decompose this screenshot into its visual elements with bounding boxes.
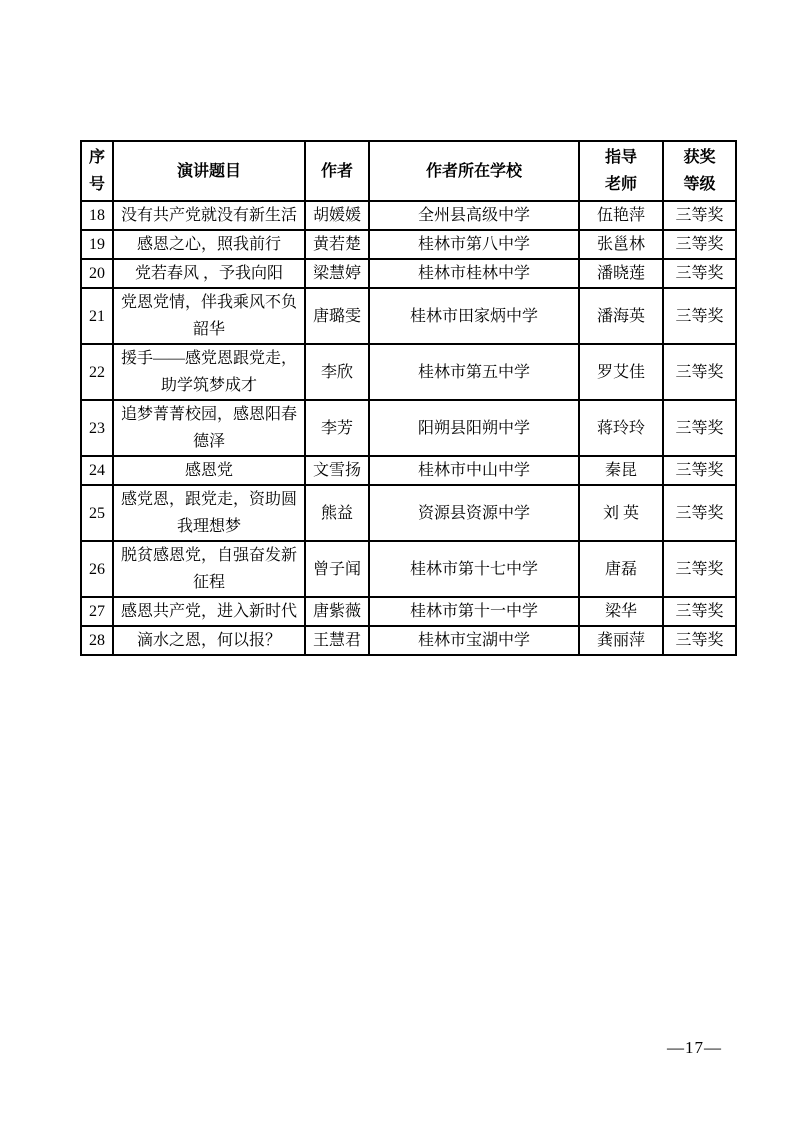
cell-school: 全州县高级中学: [369, 201, 579, 230]
cell-no: 21: [81, 288, 113, 344]
table-header-row: 序号 演讲题目 作者 作者所在学校 指导老师 获奖等级: [81, 141, 736, 201]
cell-teacher: 张邕林: [579, 230, 663, 259]
col-header-award: 获奖等级: [663, 141, 736, 201]
cell-school: 桂林市宝湖中学: [369, 626, 579, 655]
cell-teacher: 潘晓莲: [579, 259, 663, 288]
cell-author: 胡媛媛: [305, 201, 369, 230]
table-row: 28 滴水之恩，何以报？ 王慧君 桂林市宝湖中学 龚丽萍 三等奖: [81, 626, 736, 655]
table-row: 21 党恩党情，伴我乘风不负韶华 唐璐雯 桂林市田家炳中学 潘海英 三等奖: [81, 288, 736, 344]
col-header-no: 序号: [81, 141, 113, 201]
cell-teacher: 刘 英: [579, 485, 663, 541]
cell-author: 曾子闻: [305, 541, 369, 597]
col-header-teacher: 指导老师: [579, 141, 663, 201]
cell-teacher: 唐磊: [579, 541, 663, 597]
cell-school: 桂林市中山中学: [369, 456, 579, 485]
cell-title: 没有共产党就没有新生活: [113, 201, 305, 230]
cell-title: 感恩党: [113, 456, 305, 485]
cell-award: 三等奖: [663, 259, 736, 288]
cell-school: 桂林市田家炳中学: [369, 288, 579, 344]
cell-school: 阳朔县阳朔中学: [369, 400, 579, 456]
col-header-title: 演讲题目: [113, 141, 305, 201]
cell-teacher: 秦昆: [579, 456, 663, 485]
cell-award: 三等奖: [663, 626, 736, 655]
col-header-school: 作者所在学校: [369, 141, 579, 201]
cell-school: 桂林市第八中学: [369, 230, 579, 259]
cell-no: 24: [81, 456, 113, 485]
cell-no: 28: [81, 626, 113, 655]
cell-author: 梁慧婷: [305, 259, 369, 288]
cell-title: 感恩之心，照我前行: [113, 230, 305, 259]
cell-award: 三等奖: [663, 288, 736, 344]
cell-teacher: 龚丽萍: [579, 626, 663, 655]
cell-school: 桂林市第五中学: [369, 344, 579, 400]
cell-no: 18: [81, 201, 113, 230]
cell-author: 李欣: [305, 344, 369, 400]
cell-teacher: 潘海英: [579, 288, 663, 344]
cell-school: 桂林市桂林中学: [369, 259, 579, 288]
table-row: 25 感党恩，跟党走，资助圆我理想梦 熊益 资源县资源中学 刘 英 三等奖: [81, 485, 736, 541]
cell-award: 三等奖: [663, 597, 736, 626]
cell-no: 23: [81, 400, 113, 456]
cell-title: 党恩党情，伴我乘风不负韶华: [113, 288, 305, 344]
cell-teacher: 罗艾佳: [579, 344, 663, 400]
cell-award: 三等奖: [663, 201, 736, 230]
col-header-award-label: 获奖等级: [683, 144, 717, 198]
cell-school: 资源县资源中学: [369, 485, 579, 541]
cell-author: 李芳: [305, 400, 369, 456]
cell-teacher: 伍艳萍: [579, 201, 663, 230]
cell-author: 黄若楚: [305, 230, 369, 259]
table-row: 18 没有共产党就没有新生活 胡媛媛 全州县高级中学 伍艳萍 三等奖: [81, 201, 736, 230]
cell-no: 26: [81, 541, 113, 597]
cell-title: 党若春风 ，予我向阳: [113, 259, 305, 288]
table-row: 20 党若春风 ，予我向阳 梁慧婷 桂林市桂林中学 潘晓莲 三等奖: [81, 259, 736, 288]
cell-school: 桂林市第十七中学: [369, 541, 579, 597]
cell-teacher: 梁华: [579, 597, 663, 626]
cell-no: 25: [81, 485, 113, 541]
cell-title: 追梦菁菁校园，感恩阳春德泽: [113, 400, 305, 456]
cell-title: 感党恩，跟党走，资助圆我理想梦: [113, 485, 305, 541]
cell-award: 三等奖: [663, 230, 736, 259]
cell-author: 文雪扬: [305, 456, 369, 485]
cell-title: 滴水之恩，何以报？: [113, 626, 305, 655]
cell-title: 脱贫感恩党，自强奋发新征程: [113, 541, 305, 597]
col-header-title-label: 演讲题目: [177, 163, 241, 180]
cell-school: 桂林市第十一中学: [369, 597, 579, 626]
col-header-no-label: 序号: [89, 149, 105, 193]
cell-title: 援手——感党恩跟党走，助学筑梦成才: [113, 344, 305, 400]
cell-award: 三等奖: [663, 400, 736, 456]
page-number: —17—: [667, 1038, 722, 1058]
cell-no: 27: [81, 597, 113, 626]
cell-no: 19: [81, 230, 113, 259]
cell-no: 20: [81, 259, 113, 288]
col-header-teacher-label: 指导老师: [604, 144, 638, 198]
table-row: 24 感恩党 文雪扬 桂林市中山中学 秦昆 三等奖: [81, 456, 736, 485]
table-row: 22 援手——感党恩跟党走，助学筑梦成才 李欣 桂林市第五中学 罗艾佳 三等奖: [81, 344, 736, 400]
cell-award: 三等奖: [663, 485, 736, 541]
col-header-author-label: 作者: [321, 163, 353, 180]
col-header-school-label: 作者所在学校: [426, 163, 522, 180]
col-header-author: 作者: [305, 141, 369, 201]
cell-award: 三等奖: [663, 456, 736, 485]
table-row: 26 脱贫感恩党，自强奋发新征程 曾子闻 桂林市第十七中学 唐磊 三等奖: [81, 541, 736, 597]
cell-title: 感恩共产党，进入新时代: [113, 597, 305, 626]
table-row: 19 感恩之心，照我前行 黄若楚 桂林市第八中学 张邕林 三等奖: [81, 230, 736, 259]
cell-teacher: 蒋玲玲: [579, 400, 663, 456]
cell-author: 唐紫薇: [305, 597, 369, 626]
table-row: 27 感恩共产党，进入新时代 唐紫薇 桂林市第十一中学 梁华 三等奖: [81, 597, 736, 626]
table-row: 23 追梦菁菁校园，感恩阳春德泽 李芳 阳朔县阳朔中学 蒋玲玲 三等奖: [81, 400, 736, 456]
cell-author: 熊益: [305, 485, 369, 541]
cell-award: 三等奖: [663, 541, 736, 597]
cell-no: 22: [81, 344, 113, 400]
award-table: 序号 演讲题目 作者 作者所在学校 指导老师 获奖等级 18 没有共产党就没有新…: [80, 140, 737, 656]
document-page: 序号 演讲题目 作者 作者所在学校 指导老师 获奖等级 18 没有共产党就没有新…: [0, 0, 794, 1123]
cell-author: 唐璐雯: [305, 288, 369, 344]
cell-author: 王慧君: [305, 626, 369, 655]
cell-award: 三等奖: [663, 344, 736, 400]
